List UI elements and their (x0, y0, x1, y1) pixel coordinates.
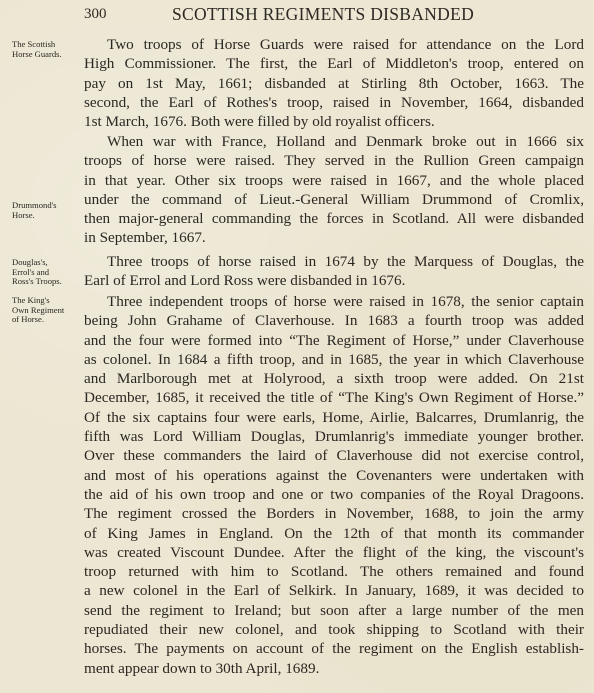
text-line: troops of horse were raised. They served… (84, 151, 584, 170)
running-title: SCOTTISH REGIMENTS DISBANDED (172, 4, 474, 25)
sidenote-line: Horse Guards. (12, 50, 87, 60)
text-line: Over these commanders the laird of Clave… (84, 446, 584, 465)
running-head: 300 SCOTTISH REGIMENTS DISBANDED (84, 4, 584, 26)
text-line: then major-general commanding the forces… (84, 209, 584, 228)
text-line: troop returned with him to Scotland. The… (84, 562, 584, 581)
text-line: of King James in England. On the 12th of… (84, 524, 584, 543)
text-line: and most of his operations against the C… (84, 466, 584, 485)
paragraph-douglas-troops: Three troops of horse raised in 1674 by … (84, 252, 584, 291)
text-line: fifth was Lord William Douglas, Drumlanr… (84, 427, 584, 446)
sidenote-line: of Horse. (12, 315, 87, 325)
text-line: second, the Earl of Rothes's troop, rais… (84, 93, 584, 112)
text-line: in September, 1667. (84, 228, 584, 247)
text-line: in that year. Other six troops were rais… (84, 171, 584, 190)
text-line: December, 1685, it received the title of… (84, 388, 584, 407)
text-line: 1st March, 1676. Both were filled by old… (84, 112, 584, 131)
text-line: send the regiment to Ireland; but soon a… (84, 601, 584, 620)
text-line: and the four were formed into “The Regim… (84, 331, 584, 350)
text-line: a new colonel in the Earl of Selkirk. In… (84, 581, 584, 600)
text-line: under the command of Lieut.-General Will… (84, 190, 584, 209)
text-line: being John Grahame of Claverhouse. In 16… (84, 311, 584, 330)
text-line: was created Viscount Dundee. After the f… (84, 543, 584, 562)
text-line: Three troops of horse raised in 1674 by … (84, 252, 584, 271)
text-line: Three independent troops of horse were r… (84, 292, 584, 311)
text-line: When war with France, Holland and Denmar… (84, 132, 584, 151)
text-line: the aid of his own troop and one or two … (84, 485, 584, 504)
text-line: Earl of Errol and Lord Ross were disband… (84, 271, 584, 290)
sidenote-line: Horse. (12, 211, 87, 221)
text-line: and Marlborough met at Holyrood, a sixth… (84, 369, 584, 388)
sidenote-douglas-errol-ross-troops: Douglas's, Errol's and Ross's Troops. (12, 258, 87, 287)
paragraph-kings-own-regiment: Three independent troops of horse were r… (84, 292, 584, 678)
text-line: horses. The payments on account of the r… (84, 639, 584, 658)
text-line: High Commissioner. The first, the Earl o… (84, 54, 584, 73)
text-line: as colonel. In 1684 a fifth troop, and i… (84, 350, 584, 369)
text-line: pay on 1st May, 1661; disbanded at Stirl… (84, 74, 584, 93)
sidenote-kings-own-regiment: The King's Own Regiment of Horse. (12, 296, 87, 325)
text-line: The regiment crossed the Borders in Nove… (84, 504, 584, 523)
text-line: Of the six captains four were earls, Hom… (84, 408, 584, 427)
text-line: repudiated their new colonel, and took s… (84, 620, 584, 639)
page-number: 300 (84, 6, 107, 23)
paragraph-drummonds-horse: When war with France, Holland and Denmar… (84, 132, 584, 248)
sidenote-line: Ross's Troops. (12, 277, 87, 287)
paragraph-horse-guards: Two troops of Horse Guards were raised f… (84, 35, 584, 131)
sidenote-scottish-horse-guards: The Scottish Horse Guards. (12, 40, 87, 59)
text-line: ment appear down to 30th April, 1689. (84, 659, 584, 678)
text-line: Two troops of Horse Guards were raised f… (84, 35, 584, 54)
sidenote-drummonds-horse: Drummond's Horse. (12, 201, 87, 220)
book-page: 300 SCOTTISH REGIMENTS DISBANDED The Sco… (0, 0, 594, 693)
